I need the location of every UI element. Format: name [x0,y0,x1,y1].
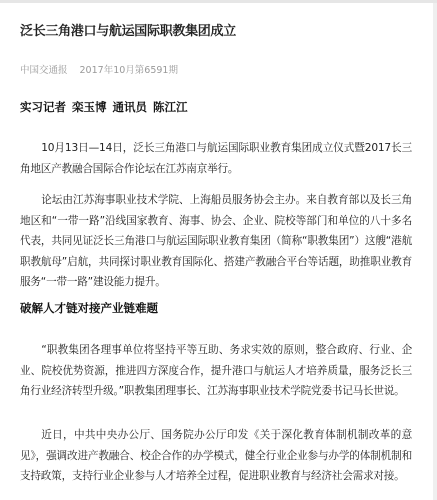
issue-label: 2017年10月第6591期 [80,65,178,76]
article-meta: 中国交通报2017年10月第6591期 [20,62,178,76]
section-heading: 破解人才链对接产业链难题 [20,300,158,316]
byline-name-reporter: 栾玉博 [72,100,107,114]
scrollbar[interactable] [433,3,437,500]
article-title: 泛长三角港口与航运国际职教集团成立 [20,20,236,39]
source-label: 中国交通报 [20,65,68,76]
paragraph-4: 近日，中共中央办公厅、国务院办公厅印发《关于深化教育体制机制改革的意见》，强调改… [20,425,412,487]
byline: 实习记者栾玉博通讯员陈江江 [20,99,194,115]
paragraph-3: “职教集团各理事单位将坚持平等互助、务求实效的原则，整合政府、行业、企业、院校优… [20,340,412,402]
byline-name-correspondent: 陈江江 [153,100,188,114]
byline-role-correspondent: 通讯员 [113,100,148,114]
paragraph-2: 论坛由江苏海事职业技术学院、上海船员服务协会主办。来自教育部以及长三角地区和“一… [20,190,412,293]
top-border [0,0,437,3]
paragraph-1: 10月13日—14日，泛长三角港口与航运国际职业教育集团成立仪式暨2017长三角… [20,138,412,179]
byline-role-reporter: 实习记者 [20,100,66,114]
